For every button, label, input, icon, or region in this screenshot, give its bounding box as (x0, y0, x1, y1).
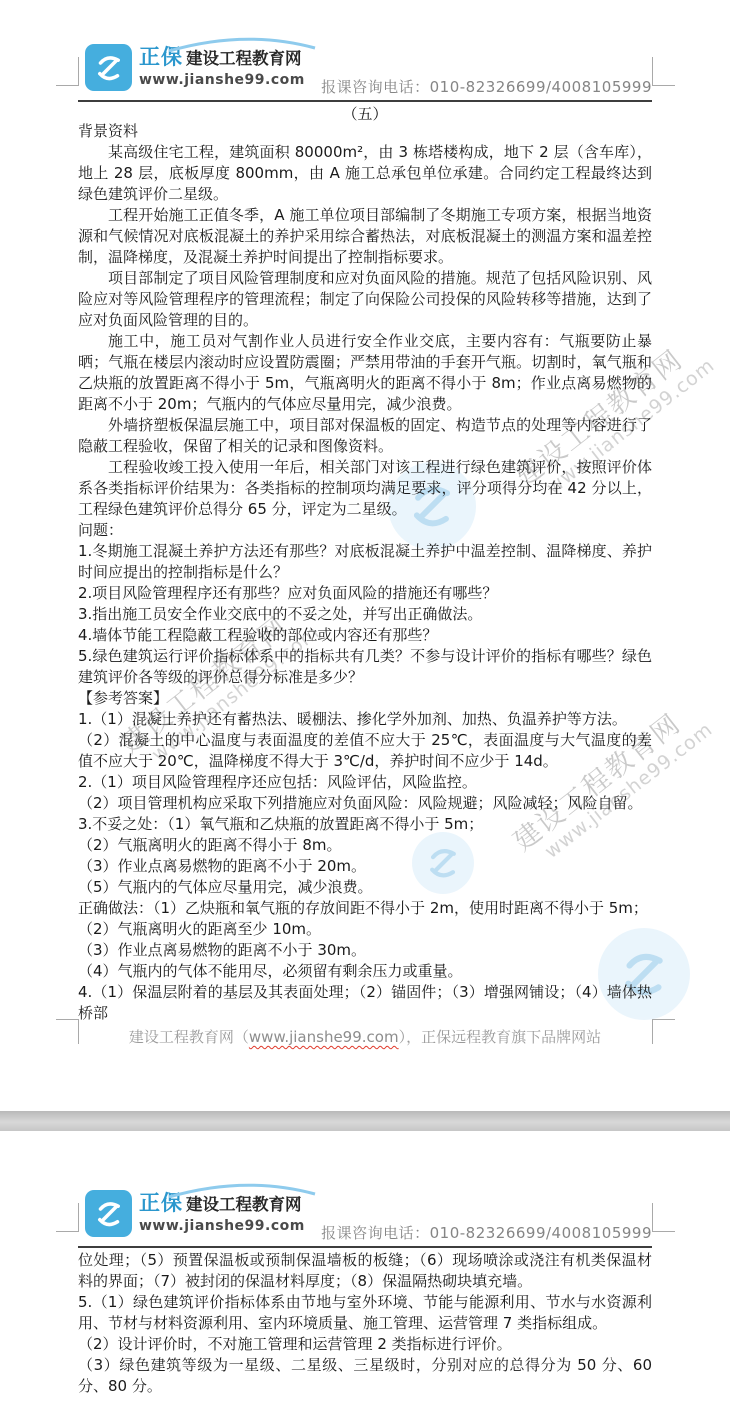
answer-item: 5.（1）绿色建筑评价指标体系由节地与室外环境、节能与能源利用、节水与水资源利用… (78, 1292, 652, 1334)
page-header: 正保 建设工程教育网 www.jianshe99.com 报课咨询电话：010-… (0, 0, 730, 112)
brand-text-block: 正保 建设工程教育网 www.jianshe99.com (139, 1190, 305, 1234)
document-page-2: 正保 建设工程教育网 www.jianshe99.com 报课咨询电话：010-… (0, 1131, 730, 1411)
page-header: 正保 建设工程教育网 www.jianshe99.com 报课咨询电话：010-… (0, 1146, 730, 1258)
question-item: 5.绿色建筑运行评价指标体系中的指标共有几类？不参与设计评价的指标有哪些？绿色建… (78, 646, 652, 688)
answer-item: （5）气瓶内的气体应尽量用完，减少浪费。 (78, 877, 652, 898)
answer-item: （2）混凝土的中心温度与表面温度的差值不应大于 25℃，表面温度与大气温度的差值… (78, 730, 652, 772)
answer-item: 位处理；（5）预置保温板或预制保温墙板的板缝；（6）现场喷涂或浇注有机类保温材料… (78, 1250, 652, 1292)
page1-body-text: 背景资料 某高级住宅工程，建筑面积 80000m²，由 3 栋塔楼构成，地下 2… (78, 121, 652, 1024)
answer-item: （2）气瓶离明火的距离至少 10m。 (78, 919, 652, 940)
answer-item: 2.（1）项目风险管理程序还应包括：风险评估，风险监控。 (78, 772, 652, 793)
document-page-1: 建设工程教育网 www.jianshe99.com 建设工程教育网 www.ji… (0, 0, 730, 1111)
brand-logo: 正保 建设工程教育网 www.jianshe99.com (85, 1190, 305, 1237)
question-item: 4.墙体节能工程隐蔽工程验收的部位或内容还有那些？ (78, 625, 652, 646)
paragraph: 项目部制定了项目风险管理制度和应对负面风险的措施。规范了包括风险识别、风险应对等… (78, 268, 652, 331)
paragraph: 施工中，施工员对气割作业人员进行安全作业交底，主要内容有：气瓶要防止暴晒；气瓶在… (78, 331, 652, 415)
answer-item: （3）作业点离易燃物的距离不小于 30m。 (78, 940, 652, 961)
footer-text: ），正保远程教育旗下品牌网站 (399, 1028, 602, 1046)
questions-heading: 问题： (78, 520, 652, 541)
answer-item: 4.（1）保温层附着的基层及其表面处理；（2）锚固件；（3）增强网铺设；（4）墙… (78, 982, 652, 1024)
paragraph: 背景资料 (78, 121, 652, 142)
paragraph: 某高级住宅工程，建筑面积 80000m²，由 3 栋塔楼构成，地下 2 层（含车… (78, 142, 652, 205)
question-item: 1.冬期施工混凝土养护方法还有那些？对底板混凝土养护中温差控制、温降梯度、养护时… (78, 541, 652, 583)
footer-text: 建设工程教育网（ (129, 1028, 249, 1046)
consult-phone-label: 报课咨询电话：010-82326699/4008105999 (321, 1222, 652, 1243)
brand-arc-decoration (167, 36, 317, 52)
brand-swirl-icon (85, 44, 132, 91)
page-footer: 建设工程教育网（www.jianshe99.com），正保远程教育旗下品牌网站 (0, 1026, 730, 1047)
answer-item: （4）气瓶内的气体不能用尽，必须留有剩余压力或重量。 (78, 961, 652, 982)
answer-item: （2）气瓶离明火的距离不得小于 8m。 (78, 835, 652, 856)
question-item: 3.指出施工员安全作业交底中的不妥之处，并写出正确做法。 (78, 604, 652, 625)
paragraph: 工程开始施工正值冬季，A 施工单位项目部编制了冬期施工专项方案，根据当地资源和气… (78, 205, 652, 268)
brand-text-block: 正保 建设工程教育网 www.jianshe99.com (139, 44, 305, 88)
paragraph: 工程验收竣工投入使用一年后，相关部门对该工程进行绿色建筑评价，按照评价体系各类指… (78, 457, 652, 520)
footer-url: www.jianshe99.com (249, 1028, 399, 1046)
answer-item: （2）设计评价时，不对施工管理和运营管理 2 类指标进行评价。 (78, 1334, 652, 1355)
brand-swirl-icon (85, 1190, 132, 1237)
answer-item: （3）绿色建筑等级为一星级、二星级、三星级时，分别对应的总得分为 50 分、60… (78, 1355, 652, 1397)
answer-item: 正确做法：（1）乙炔瓶和氧气瓶的存放间距不得小于 2m，使用时距离不得小于 5m… (78, 898, 652, 919)
answer-item: 1.（1）混凝土养护还有蓄热法、暖棚法、掺化学外加剂、加热、负温养护等方法。 (78, 709, 652, 730)
answer-item: （2）项目管理机构应采取下列措施应对负面风险：风险规避；风险减轻；风险自留。 (78, 793, 652, 814)
header-divider (78, 1246, 652, 1248)
consult-phone-label: 报课咨询电话：010-82326699/4008105999 (321, 76, 652, 97)
paragraph: 外墙挤塑板保温层施工中，项目部对保温板的固定、构造节点的处理等内容进行了隐蔽工程… (78, 415, 652, 457)
brand-arc-decoration (167, 1182, 317, 1198)
brand-logo: 正保 建设工程教育网 www.jianshe99.com (85, 44, 305, 91)
page-separator (0, 1111, 730, 1131)
answer-item: 3.不妥之处：（1）氧气瓶和乙炔瓶的放置距离不得小于 5m； (78, 814, 652, 835)
brand-url: www.jianshe99.com (139, 72, 305, 88)
answer-item: （3）作业点离易燃物的距离不小于 20m。 (78, 856, 652, 877)
header-divider (78, 100, 652, 102)
question-item: 2.项目风险管理程序还有那些？应对负面风险的措施还有哪些？ (78, 583, 652, 604)
answers-heading: 【参考答案】 (78, 688, 652, 709)
brand-url: www.jianshe99.com (139, 1218, 305, 1234)
page2-body-text: 位处理；（5）预置保温板或预制保温墙板的板缝；（6）现场喷涂或浇注有机类保温材料… (78, 1250, 652, 1397)
